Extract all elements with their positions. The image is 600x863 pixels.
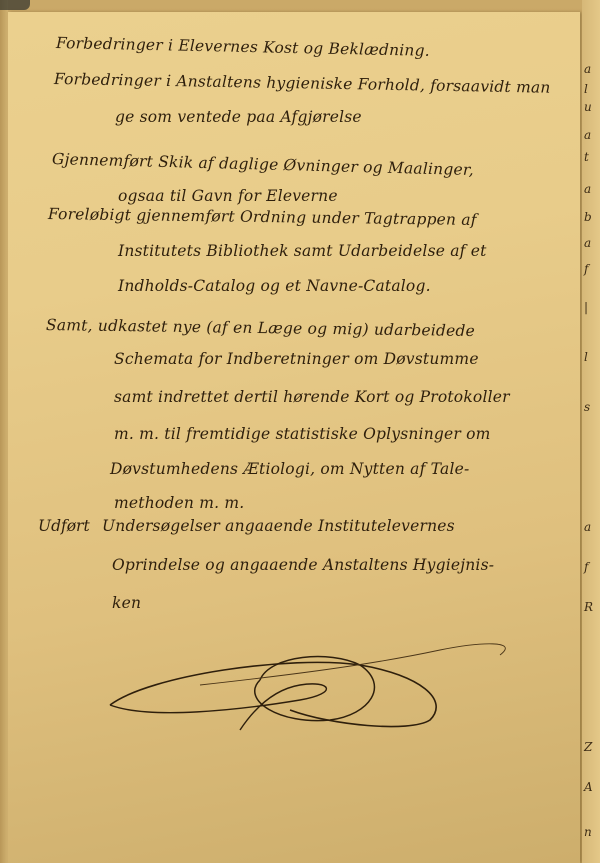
adjacent-mark: t [584, 150, 589, 164]
adjacent-mark: A [584, 780, 593, 794]
manuscript-line: Schemata for Indberetninger om Døvstumme [114, 350, 479, 368]
manuscript-line: ogsaa til Gavn for Eleverne [118, 187, 338, 205]
adjacent-mark: a [584, 520, 591, 534]
signature-flourish [90, 625, 530, 735]
manuscript-line: m. m. til fremtidige statistiske Oplysni… [114, 425, 491, 443]
adjacent-mark: b [584, 210, 592, 224]
margin-note: Udført [38, 517, 90, 535]
book-spine-edge [0, 0, 8, 863]
manuscript-line: Institutets Bibliothek samt Udarbeidelse… [118, 242, 487, 260]
adjacent-mark: u [584, 100, 592, 114]
manuscript-line: Døvstumhedens Ætiologi, om Nytten af Tal… [110, 460, 469, 478]
adjacent-mark: | [584, 300, 588, 314]
adjacent-page-edge: a l u a t a b a f | l s a f R Z A n [582, 0, 600, 863]
adjacent-mark: f [584, 560, 588, 574]
adjacent-mark: Z [584, 740, 592, 754]
adjacent-mark: l [584, 350, 588, 364]
manuscript-line: Oprindelse og angaaende Anstaltens Hygie… [112, 556, 494, 574]
adjacent-mark: a [584, 182, 591, 196]
adjacent-mark: l [584, 82, 588, 96]
manuscript-line: Undersøgelser angaaende Instituteleverne… [102, 517, 455, 535]
manuscript-line: ken [112, 594, 141, 612]
adjacent-mark: s [584, 400, 590, 414]
adjacent-mark: R [584, 600, 593, 614]
photo-scene: a l u a t a b a f | l s a f R Z A n Forb… [0, 0, 600, 863]
manuscript-line: Indholds-Catalog og et Navne-Catalog. [118, 277, 431, 295]
manuscript-line: samt indrettet dertil hørende Kort og Pr… [114, 388, 510, 406]
adjacent-mark: n [584, 825, 592, 839]
manuscript-line: methoden m. m. [114, 494, 244, 512]
adjacent-mark: f [584, 262, 588, 276]
corner-shadow [0, 0, 30, 10]
adjacent-mark: a [584, 62, 591, 76]
adjacent-mark: a [584, 128, 591, 142]
adjacent-mark: a [584, 236, 591, 250]
manuscript-line: ge som ventede paa Afgjørelse [115, 108, 362, 126]
